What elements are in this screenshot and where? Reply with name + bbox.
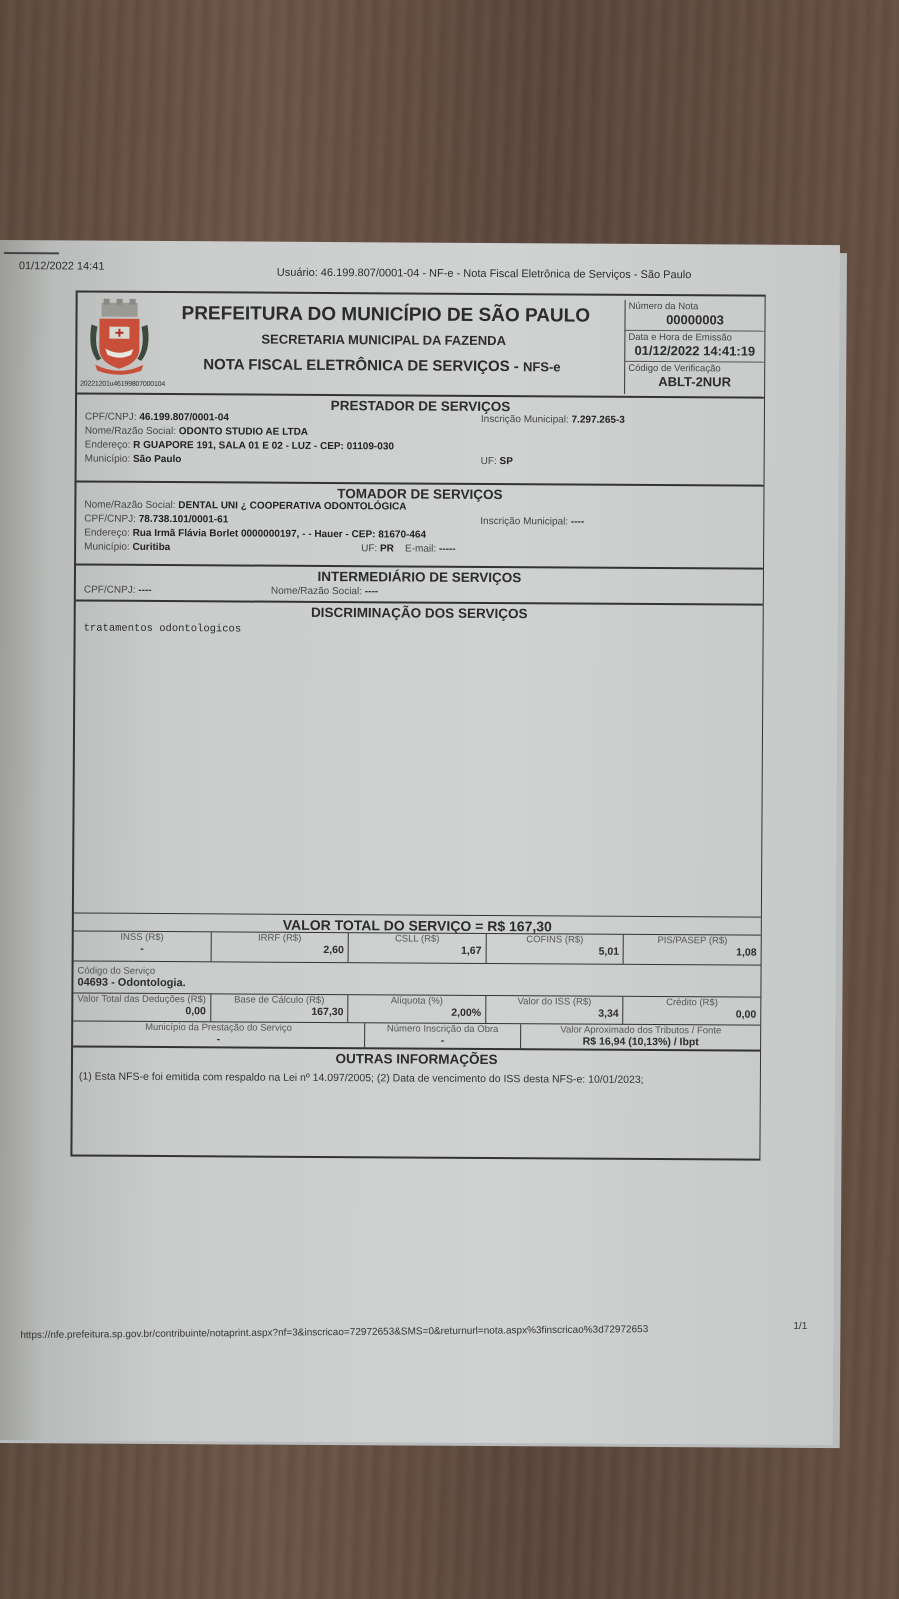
tax-label: IRRF (R$) (211, 932, 348, 944)
credit-cell: Crédito (R$) 0,00 (624, 997, 761, 1025)
document-type-suffix: NFS-e (523, 359, 561, 374)
deductions-cell: Valor Total das Deduções (R$) 0,00 (73, 993, 211, 1021)
value: - (365, 1034, 521, 1047)
label: Município: (85, 454, 131, 465)
calc-value: 0,00 (624, 1008, 761, 1021)
calc-label: Valor Total das Deduções (R$) (73, 993, 210, 1005)
other-info-section: OUTRAS INFORMAÇÕES (1) Esta NFS-e foi em… (73, 1047, 760, 1131)
service-provider-section: PRESTADOR DE SERVIÇOS CPF/CNPJ: 46.199.8… (77, 394, 765, 486)
taker-name: DENTAL UNI ¿ COOPERATIVA ODONTOLÓGICA (178, 500, 406, 512)
section-title: INTERMEDIÁRIO DE SERVIÇOS (76, 565, 763, 586)
service-description-section: DISCRIMINAÇÃO DOS SERVIÇOS tratamentos o… (74, 601, 763, 917)
label: Município: (84, 542, 130, 553)
provider-im-field: Inscrição Municipal: 7.297.265-3 (481, 414, 625, 426)
other-info-text: (1) Esta NFS-e foi emitida com respaldo … (73, 1070, 760, 1086)
calc-value: 2,00% (348, 1006, 485, 1019)
tax-label: CSLL (R$) (349, 933, 486, 945)
label: Nome/Razão Social: (271, 586, 362, 598)
calculation-base-cell: Base de Cálculo (R$) 167,30 (211, 994, 349, 1022)
issue-datetime-value: 01/12/2022 14:41:19 (628, 343, 761, 359)
provider-city-row: Município: São Paulo UF: SP (77, 453, 764, 471)
label: Endereço: (85, 440, 131, 451)
taker-city: Curitiba (132, 542, 170, 553)
label: Número Inscrição da Obra (365, 1023, 521, 1035)
iss-value-cell: Valor do ISS (R$) 3,34 (486, 996, 624, 1024)
calc-label: Valor do ISS (R$) (486, 996, 623, 1008)
invoice-number-label: Número da Nota (629, 301, 762, 313)
provider-cnpj: 46.199.807/0001-04 (139, 412, 229, 424)
label: CPF/CNPJ: (84, 514, 136, 525)
tax-cell-irrf: IRRF (R$) 2,60 (211, 932, 349, 962)
service-municipality-cell: Município da Prestação do Serviço - (73, 1021, 365, 1047)
print-mark (4, 252, 59, 254)
tax-value: 2,60 (211, 943, 348, 956)
label: Nome/Razão Social: (84, 500, 175, 512)
verification-code-label: Código de Verificação (628, 363, 761, 375)
intermediary-row: CPF/CNPJ: ---- Nome/Razão Social: ---- (76, 584, 763, 602)
section-title: DISCRIMINAÇÃO DOS SERVIÇOS (76, 601, 763, 622)
intermediary-section: INTERMEDIÁRIO DE SERVIÇOS CPF/CNPJ: ----… (76, 565, 763, 605)
taker-im-field: Inscrição Municipal: ---- (480, 516, 584, 528)
label: Inscrição Municipal: (480, 516, 568, 528)
print-datetime: 01/12/2022 14:41 (19, 260, 105, 273)
tax-label: INSS (R$) (74, 931, 211, 943)
label: UF: (361, 543, 377, 554)
tax-value: 1,67 (349, 944, 486, 957)
document-type: NOTA FISCAL ELETRÔNICA DE SERVIÇOS - NFS… (203, 356, 560, 375)
label: E-mail: (405, 543, 436, 554)
tax-value: - (74, 942, 211, 955)
coat-of-arms-icon (87, 299, 151, 377)
invoice-number-value: 00000003 (628, 312, 761, 328)
taker-uf-field: UF: PR E-mail: ----- (361, 543, 456, 555)
invoice-number: Número da Nota 00000003 (625, 300, 764, 332)
taker-city-row: Município: Curitiba UF: PR E-mail: ----- (76, 541, 763, 559)
header-subtitle: SECRETARIA MUNICIPAL DA FAZENDA (261, 332, 506, 348)
provider-im: 7.297.265-3 (571, 414, 624, 425)
provider-uf-field: UF: SP (481, 456, 513, 467)
section-title: OUTRAS INFORMAÇÕES (73, 1047, 760, 1068)
document-type-main: NOTA FISCAL ELETRÔNICA DE SERVIÇOS - (203, 356, 523, 375)
print-user-line: Usuário: 46.199.807/0001-04 - NF-e - Not… (277, 267, 692, 282)
taker-im: ---- (571, 516, 584, 527)
page-number: 1/1 (793, 1321, 807, 1332)
value: R$ 16,94 (10,13%) / Ibpt (521, 1035, 760, 1048)
service-code: Código do Serviço 04693 - Odontologia. (73, 961, 760, 997)
label: CPF/CNPJ: (84, 585, 136, 596)
tax-value: 1,08 (624, 946, 761, 959)
invoice-meta-box: Número da Nota 00000003 Data e Hora de E… (624, 300, 765, 395)
service-description-text: tratamentos odontologicos (76, 622, 763, 638)
calc-value: 167,30 (211, 1005, 348, 1018)
calc-value: 0,00 (73, 1004, 210, 1017)
calc-value: 3,34 (486, 1007, 623, 1020)
tax-withholdings-row: INSS (R$) - IRRF (R$) 2,60 CSLL (R$) 1,6… (74, 931, 761, 965)
label: Inscrição Municipal: (481, 414, 569, 426)
printed-invoice-page: 01/12/2022 14:41 Usuário: 46.199.807/000… (0, 240, 840, 1445)
calc-label: Base de Cálculo (R$) (211, 994, 348, 1006)
verification-code-value: ABLT-2NUR (628, 374, 761, 390)
rate-cell: Alíquota (%) 2,00% (348, 995, 486, 1023)
tax-label: COFINS (R$) (486, 934, 623, 946)
intermediary-name: ---- (365, 586, 378, 597)
provider-name: ODONTO STUDIO AE LTDA (179, 426, 308, 438)
tax-calculation-row: Valor Total das Deduções (R$) 0,00 Base … (73, 993, 760, 1025)
intermediary-cnpj: ---- (138, 585, 151, 596)
construction-registration-cell: Número Inscrição da Obra - (365, 1023, 522, 1048)
barcode-text: 20221201u46199807000104 (80, 380, 165, 388)
nfse-document: 20221201u46199807000104 PREFEITURA DO MU… (70, 290, 765, 1160)
tax-cell-pis-pasep: PIS/PASEP (R$) 1,08 (624, 935, 761, 965)
tax-cell-inss: INSS (R$) - (74, 931, 212, 961)
verification-code: Código de Verificação ABLT-2NUR (625, 362, 764, 394)
issue-datetime-label: Data e Hora de Emissão (628, 332, 761, 344)
provider-uf: SP (500, 456, 513, 467)
label: CPF/CNPJ: (85, 412, 137, 423)
document-header: 20221201u46199807000104 PREFEITURA DO MU… (77, 292, 765, 398)
taker-address: Rua Irmã Flávia Borlet 0000000197, - - H… (133, 528, 427, 541)
taker-email: ----- (439, 544, 456, 555)
taker-uf: PR (380, 543, 394, 554)
tax-cell-cofins: COFINS (R$) 5,01 (486, 934, 624, 964)
service-taker-section: TOMADOR DE SERVIÇOS Nome/Razão Social: D… (76, 482, 763, 569)
taker-cnpj: 78.738.101/0001-61 (139, 514, 229, 526)
provider-city: São Paulo (133, 454, 181, 465)
approximate-taxes-cell: Valor Aproximado dos Tributos / Fonte R$… (521, 1024, 760, 1049)
tax-value: 5,01 (486, 945, 623, 958)
label: Nome/Razão Social: (85, 426, 176, 438)
header-title: PREFEITURA DO MUNICÍPIO DE SÃO PAULO (181, 303, 590, 327)
label: UF: (481, 456, 497, 467)
footer-url: https://nfe.prefeitura.sp.gov.br/contrib… (20, 1324, 648, 1341)
calc-label: Crédito (R$) (624, 997, 761, 1009)
tax-cell-csll: CSLL (R$) 1,67 (349, 933, 487, 963)
calc-label: Alíquota (%) (349, 995, 486, 1007)
label: Endereço: (84, 528, 130, 539)
provider-address: R GUAPORE 191, SALA 01 E 02 - LUZ - CEP:… (133, 440, 394, 453)
value: - (73, 1032, 364, 1046)
issue-datetime: Data e Hora de Emissão 01/12/2022 14:41:… (625, 331, 764, 363)
tax-label: PIS/PASEP (R$) (624, 935, 761, 947)
intermediary-name-field: Nome/Razão Social: ---- (271, 586, 378, 598)
